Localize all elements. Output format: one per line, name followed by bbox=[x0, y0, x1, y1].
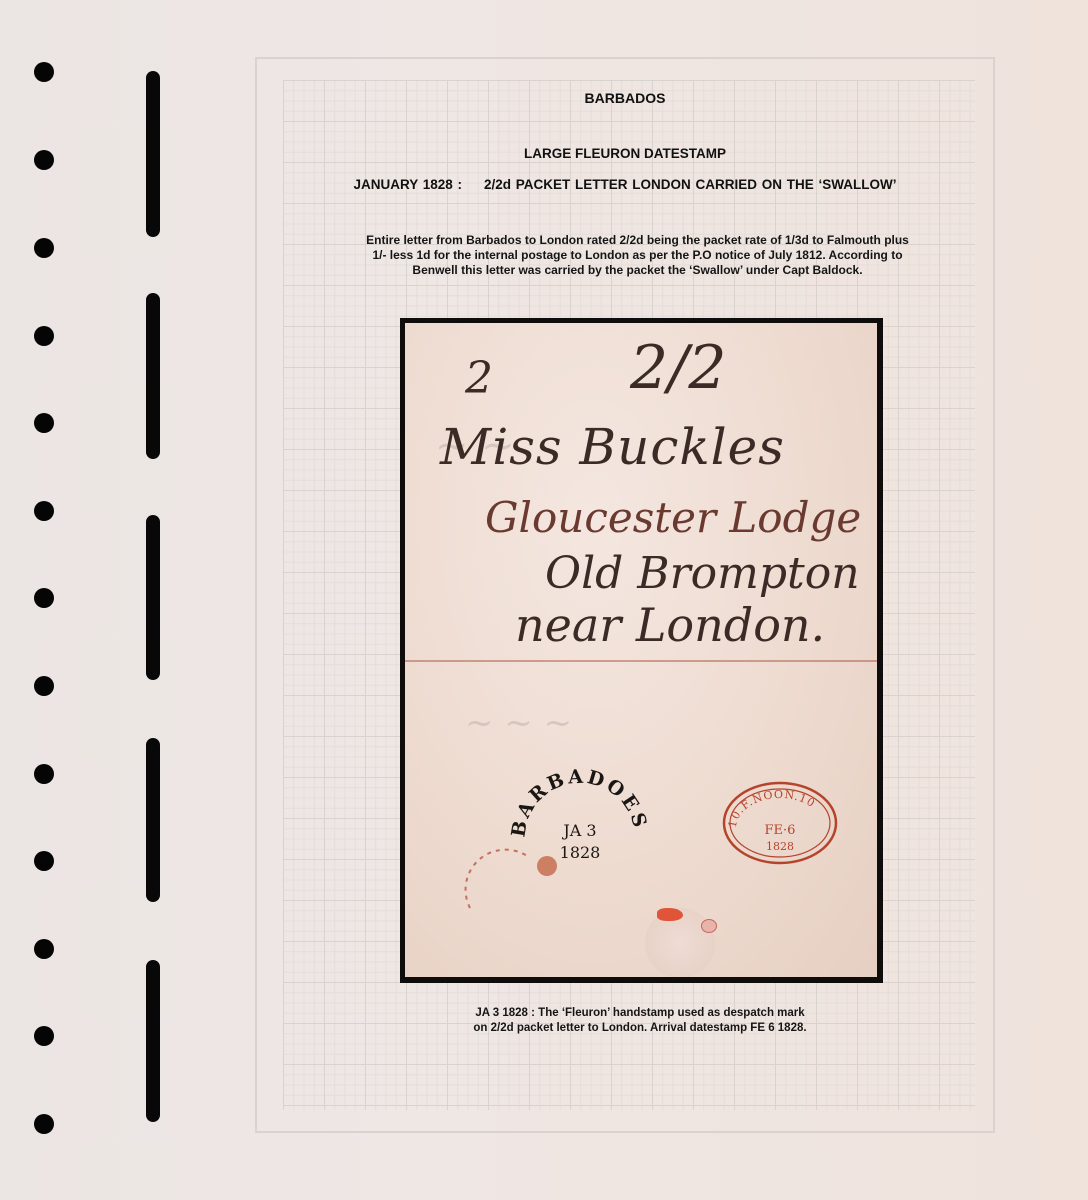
binder-slot bbox=[146, 515, 160, 680]
punch-hole bbox=[34, 150, 54, 170]
rate-mark: 2/2 bbox=[630, 333, 727, 403]
description-line: Benwell this letter was carried by the p… bbox=[325, 263, 950, 278]
punch-hole bbox=[34, 939, 54, 959]
page-heading: JANUARY 1828 :2/2d PACKET LETTER LONDON … bbox=[255, 177, 995, 192]
arrival-year: 1828 bbox=[766, 840, 794, 853]
caption-line: on 2/2d packet letter to London. Arrival… bbox=[400, 1021, 880, 1036]
punch-hole bbox=[34, 764, 54, 784]
arrival-datestamp: 10.F.NOON.10 FE·6 1828 bbox=[720, 778, 840, 868]
address-line: Miss Buckles bbox=[440, 418, 785, 476]
wax-seal-fragment bbox=[701, 919, 717, 933]
caption: JA 3 1828 : The ‘Fleuron’ handstamp used… bbox=[400, 1006, 880, 1036]
caption-line: JA 3 1828 : The ‘Fleuron’ handstamp used… bbox=[400, 1006, 880, 1021]
fold-line bbox=[405, 660, 877, 662]
heading-text: 2/2d PACKET LETTER LONDON CARRIED ON THE… bbox=[484, 177, 897, 192]
punch-hole bbox=[34, 413, 54, 433]
arrival-date: FE·6 bbox=[765, 823, 796, 838]
address-line: Gloucester Lodge bbox=[485, 493, 861, 542]
page-subtitle: LARGE FLEURON DATESTAMP bbox=[255, 146, 995, 161]
heading-date: JANUARY 1828 : bbox=[353, 177, 462, 192]
punch-hole bbox=[34, 238, 54, 258]
address-line: near London. bbox=[515, 598, 825, 652]
punch-hole bbox=[34, 501, 54, 521]
punch-hole bbox=[34, 676, 54, 696]
description-line: 1/- less 1d for the internal postage to … bbox=[325, 248, 950, 263]
rate-prefix: 2 bbox=[465, 353, 493, 404]
binder-slot bbox=[146, 293, 160, 459]
punch-hole bbox=[34, 588, 54, 608]
stamp-date: JA 3 bbox=[561, 821, 596, 840]
description: Entire letter from Barbados to London ra… bbox=[325, 233, 950, 278]
entire-letter: ~ ~ ~ ~ ~ 2 2/2 Miss Buckles Gloucester … bbox=[405, 323, 877, 977]
page-title: BARBADOS bbox=[255, 90, 995, 106]
punch-hole bbox=[34, 1114, 54, 1134]
punch-hole bbox=[34, 326, 54, 346]
description-line: Entire letter from Barbados to London ra… bbox=[325, 233, 950, 248]
binder-slot bbox=[146, 960, 160, 1122]
punch-hole bbox=[34, 1026, 54, 1046]
punch-hole bbox=[34, 62, 54, 82]
stamp-year: 1828 bbox=[560, 843, 601, 862]
binder-slot bbox=[146, 71, 160, 237]
punch-hole bbox=[34, 851, 54, 871]
ink-showthrough: ~ ~ ~ bbox=[465, 703, 572, 743]
address-line: Old Brompton bbox=[545, 548, 860, 599]
binder-slot bbox=[146, 738, 160, 902]
partial-red-stamp bbox=[460, 843, 550, 913]
wax-seal-fragment bbox=[657, 908, 683, 921]
